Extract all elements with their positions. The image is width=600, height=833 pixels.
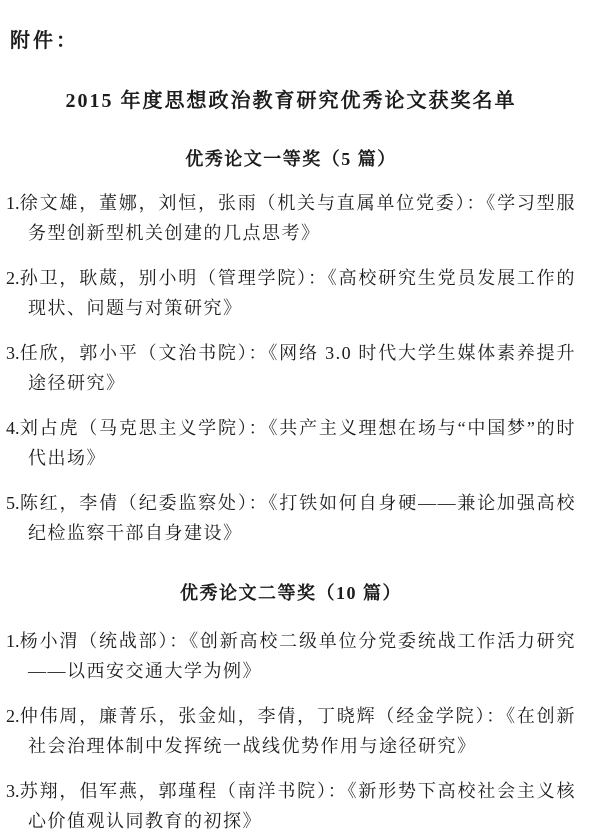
entry-text: 杨小渭（统战部）：《创新高校二级单位分党委统战工作活力研究——以西安交通大学为例… bbox=[20, 631, 577, 681]
section-heading-first-prize: 优秀论文一等奖（5 篇） bbox=[6, 146, 576, 172]
entry-text: 孙卫，耿葳，别小明（管理学院）：《高校研究生党员发展工作的现状、问题与对策研究》 bbox=[20, 268, 577, 318]
entry-number: 2. bbox=[6, 706, 20, 726]
paper-entry: 5.陈红，李倩（纪委监察处）：《打铁如何自身硬——兼论加强高校纪检监察干部自身建… bbox=[6, 488, 576, 548]
entry-number: 3. bbox=[6, 781, 20, 801]
entry-text: 苏翔，佀军燕，郭瑾程（南洋书院）：《新形势下高校社会主义核心价值观认同教育的初探… bbox=[20, 781, 577, 831]
document-page: 附件： 2015 年度思想政治教育研究优秀论文获奖名单 优秀论文一等奖（5 篇）… bbox=[0, 0, 600, 833]
entry-text: 仲伟周，廉菁乐，张金灿，李倩，丁晓辉（经金学院）：《在创新社会治理体制中发挥统一… bbox=[20, 706, 577, 756]
section-first-prize: 优秀论文一等奖（5 篇） 1.徐文雄，董娜，刘恒，张雨（机关与直属单位党委）：《… bbox=[6, 146, 576, 548]
second-prize-list: 1.杨小渭（统战部）：《创新高校二级单位分党委统战工作活力研究——以西安交通大学… bbox=[6, 626, 576, 833]
entry-number: 1. bbox=[6, 631, 20, 651]
paper-entry: 3.任欣，郭小平（文治书院）：《网络 3.0 时代大学生媒体素养提升途径研究》 bbox=[6, 338, 576, 398]
entry-text: 任欣，郭小平（文治书院）：《网络 3.0 时代大学生媒体素养提升途径研究》 bbox=[20, 343, 577, 393]
section-heading-second-prize: 优秀论文二等奖（10 篇） bbox=[6, 580, 576, 606]
entry-text: 徐文雄，董娜，刘恒，张雨（机关与直属单位党委）：《学习型服务型创新型机关创建的几… bbox=[20, 193, 577, 243]
paper-entry: 2.仲伟周，廉菁乐，张金灿，李倩，丁晓辉（经金学院）：《在创新社会治理体制中发挥… bbox=[6, 701, 576, 761]
entry-number: 1. bbox=[6, 193, 20, 213]
page-title: 2015 年度思想政治教育研究优秀论文获奖名单 bbox=[6, 88, 576, 114]
entry-number: 4. bbox=[6, 418, 20, 438]
paper-entry: 4.刘占虎（马克思主义学院）：《共产主义理想在场与“中国梦”的时代出场》 bbox=[6, 413, 576, 473]
section-second-prize: 优秀论文二等奖（10 篇） 1.杨小渭（统战部）：《创新高校二级单位分党委统战工… bbox=[6, 580, 576, 833]
entry-number: 5. bbox=[6, 493, 20, 513]
attachment-label: 附件： bbox=[10, 28, 576, 54]
entry-text: 刘占虎（马克思主义学院）：《共产主义理想在场与“中国梦”的时代出场》 bbox=[20, 418, 577, 468]
paper-entry: 1.杨小渭（统战部）：《创新高校二级单位分党委统战工作活力研究——以西安交通大学… bbox=[6, 626, 576, 686]
entry-text: 陈红，李倩（纪委监察处）：《打铁如何自身硬——兼论加强高校纪检监察干部自身建设》 bbox=[20, 493, 577, 543]
entry-number: 3. bbox=[6, 343, 20, 363]
paper-entry: 3.苏翔，佀军燕，郭瑾程（南洋书院）：《新形势下高校社会主义核心价值观认同教育的… bbox=[6, 776, 576, 833]
entry-number: 2. bbox=[6, 268, 20, 288]
first-prize-list: 1.徐文雄，董娜，刘恒，张雨（机关与直属单位党委）：《学习型服务型创新型机关创建… bbox=[6, 188, 576, 548]
paper-entry: 2.孙卫，耿葳，别小明（管理学院）：《高校研究生党员发展工作的现状、问题与对策研… bbox=[6, 263, 576, 323]
paper-entry: 1.徐文雄，董娜，刘恒，张雨（机关与直属单位党委）：《学习型服务型创新型机关创建… bbox=[6, 188, 576, 248]
